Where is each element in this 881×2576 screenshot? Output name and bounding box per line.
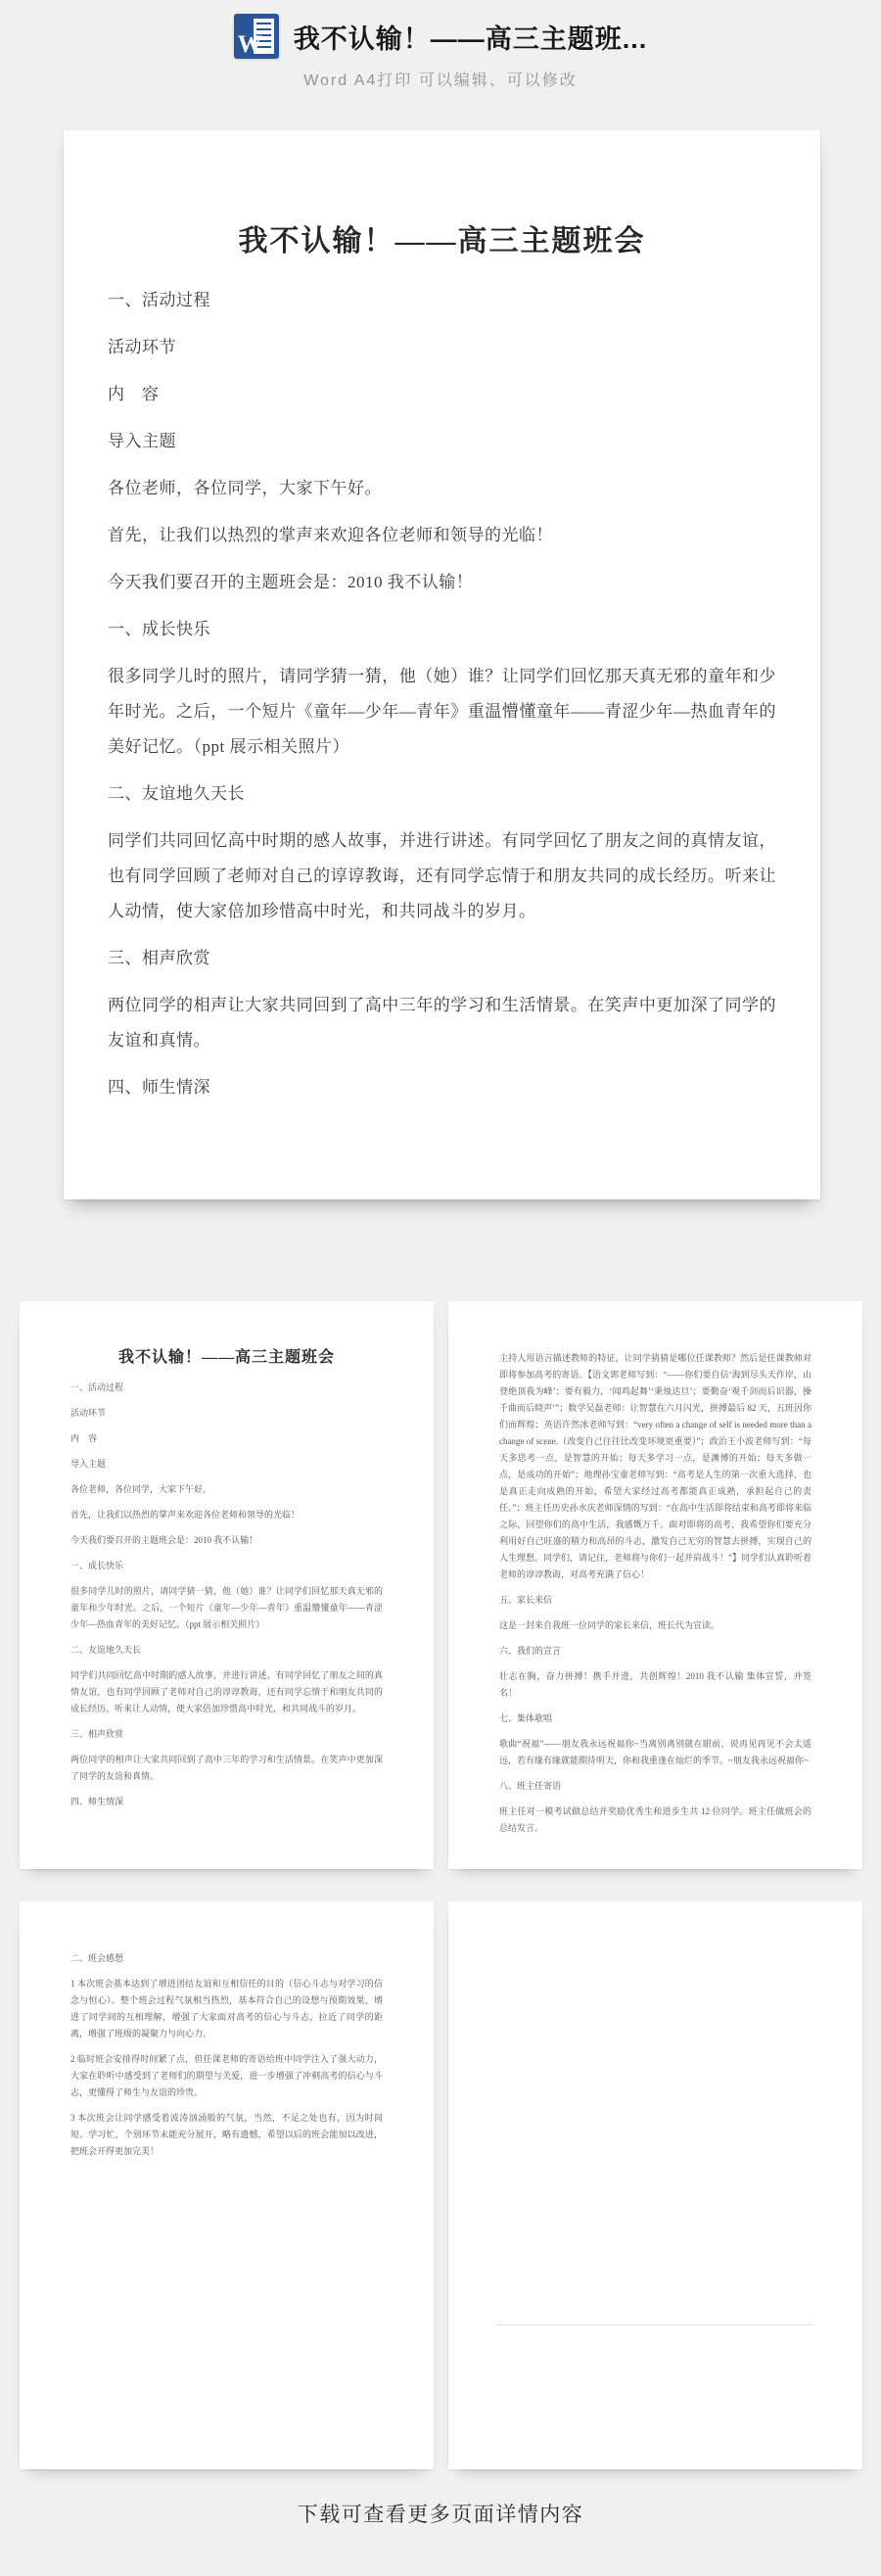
doc-paragraph: 班主任对一模考试做总结并奖励优秀生和进步生共 12 位同学。班主任做班会的总结发… — [499, 1803, 811, 1837]
doc-paragraph: 1 本次班会基本达到了增进团结友谊和互相信任的目的（信心斗志与对学习的信念与恒心… — [70, 1976, 383, 2042]
doc-paragraph: 2 临时班会安排得时间紧了点，但任课老师的寄语给班中同学注入了强大动力，大家在聆… — [70, 2051, 383, 2101]
doc-paragraph: 两位同学的相声让大家共同回到了高中三年的学习和生活情景。在笑声中更加深了同学的友… — [108, 988, 776, 1058]
thumb1-doc-heading: 我不认输！——高三主题班会 — [70, 1301, 383, 1367]
thumb1-body: 一、活动过程 活动环节 内 容 导入主题 各位老师，各位同学，大家下午好。 首先… — [70, 1380, 383, 1810]
doc-paragraph: 五、家长来信 — [499, 1592, 811, 1609]
footer-hint: 下载可查看更多页面详情内容 — [0, 2499, 881, 2528]
doc-paragraph: 首先，让我们以热烈的掌声来欢迎各位老师和领导的光临！ — [108, 518, 776, 553]
thumbnail-page-4[interactable] — [448, 1901, 862, 2469]
doc-paragraph: 一、活动过程 — [108, 283, 776, 318]
doc-paragraph: 二、班会感想 — [70, 1950, 383, 1967]
doc-paragraph: 内 容 — [70, 1430, 383, 1447]
page-preview-main[interactable]: 我不认输！——高三主题班会 一、活动过程 活动环节 内 容 导入主题 各位老师，… — [64, 130, 820, 1199]
document-preview-page: W 我不认输！——高三主题班... Word A4打印 可以编辑、可以修改 我不… — [0, 0, 881, 2576]
doc-paragraph: 这是一封来自我班一位同学的家长来信，班长代为宣读。 — [499, 1617, 811, 1634]
doc-paragraph: 两位同学的相声让大家共同回到了高中三年的学习和生活情景。在笑声中更加深了同学的友… — [70, 1752, 383, 1785]
doc-heading: 我不认输！——高三主题班会 — [108, 130, 776, 259]
doc-paragraph: 同学们共同回忆高中时期的感人故事，并进行讲述。有同学回忆了朋友之间的真情友谊，也… — [108, 823, 776, 929]
doc-paragraph: 二、友谊地久天长 — [108, 776, 776, 812]
thumb2-body: 主持人用语言描述教师的特征，让同学猜猜是哪位任课教师？然后是任课教师对即将参加高… — [499, 1301, 811, 1837]
doc-paragraph: 一、活动过程 — [70, 1380, 383, 1396]
doc-paragraph: 很多同学儿时的照片，请同学猜一猜，他（她）谁？让同学们回忆那天真无邪的童年和少年… — [70, 1583, 383, 1633]
doc-paragraph: 今天我们要召开的主题班会是：2010 我不认输！ — [108, 565, 776, 600]
doc-paragraph: 活动环节 — [108, 330, 776, 365]
doc-paragraph: 导入主题 — [108, 424, 776, 459]
doc-paragraph: 八、班主任寄语 — [499, 1778, 811, 1795]
doc-paragraph: 各位老师，各位同学，大家下午好。 — [70, 1481, 383, 1498]
doc-paragraph: 三、相声欣赏 — [70, 1726, 383, 1743]
doc-paragraph: 六、我们的宣言 — [499, 1643, 811, 1660]
doc-paragraph: 导入主题 — [70, 1456, 383, 1473]
doc-paragraph: 二、友谊地久天长 — [70, 1642, 383, 1659]
doc-paragraph: 今天我们要召开的主题班会是：2010 我不认输！ — [70, 1532, 383, 1549]
doc-paragraph: 壮志在胸，奋力拼搏！携手并进，共创辉煌！2010 我不认输 集体宣誓，并签名！ — [499, 1668, 811, 1702]
thumbnail-page-2[interactable]: 主持人用语言描述教师的特征，让同学猜猜是哪位任课教师？然后是任课教师对即将参加高… — [448, 1301, 862, 1869]
doc-paragraph: 3 本次班会让同学感受着波涛汹涌般的气氛，当然，不足之处也有，因为时间短、学习忙… — [70, 2110, 383, 2160]
thumbnail-page-3[interactable]: 二、班会感想 1 本次班会基本达到了增进团结友谊和互相信任的目的（信心斗志与对学… — [20, 1901, 434, 2469]
doc-paragraph: 首先，让我们以热烈的掌声来欢迎各位老师和领导的光临！ — [70, 1507, 383, 1523]
header: W 我不认输！——高三主题班... Word A4打印 可以编辑、可以修改 — [0, 14, 881, 90]
word-icon-letter: W — [238, 32, 262, 57]
doc-paragraph: 同学们共同回忆高中时期的感人故事，并进行讲述。有同学回忆了朋友之间的真情友谊，也… — [70, 1667, 383, 1717]
doc-paragraph: 活动环节 — [70, 1405, 383, 1422]
thumb3-body: 二、班会感想 1 本次班会基本达到了增进团结友谊和互相信任的目的（信心斗志与对学… — [70, 1901, 383, 2160]
document-title: 我不认输！——高三主题班... — [294, 18, 648, 56]
header-title-row: W 我不认输！——高三主题班... — [234, 14, 648, 59]
doc-paragraph: 主持人用语言描述教师的特征，让同学猜猜是哪位任课教师？然后是任课教师对即将参加高… — [499, 1350, 811, 1583]
doc-paragraph: 内 容 — [108, 377, 776, 412]
doc-paragraph: 一、成长快乐 — [70, 1558, 383, 1574]
doc-paragraph: 歌曲“祝福”——朋友我永远祝福你~当离别离别就在眼前，说再见再见不会太遥远，若有… — [499, 1736, 811, 1769]
page1-body: 一、活动过程 活动环节 内 容 导入主题 各位老师，各位同学，大家下午好。 首先… — [108, 283, 776, 1105]
doc-paragraph: 四、师生情深 — [108, 1070, 776, 1105]
doc-paragraph: 各位老师，各位同学，大家下午好。 — [108, 471, 776, 506]
page4-divider-line — [497, 2324, 813, 2325]
doc-paragraph: 七、集体歌唱 — [499, 1710, 811, 1727]
thumbnail-page-1[interactable]: 我不认输！——高三主题班会 一、活动过程 活动环节 内 容 导入主题 各位老师，… — [20, 1301, 434, 1869]
word-file-icon: W — [234, 14, 279, 59]
doc-paragraph: 很多同学儿时的照片，请同学猜一猜，他（她）谁？让同学们回忆那天真无邪的童年和少年… — [108, 659, 776, 765]
doc-paragraph: 四、师生情深 — [70, 1794, 383, 1810]
document-subtitle: Word A4打印 可以编辑、可以修改 — [303, 68, 578, 90]
doc-paragraph: 一、成长快乐 — [108, 612, 776, 647]
doc-paragraph: 三、相声欣赏 — [108, 941, 776, 976]
